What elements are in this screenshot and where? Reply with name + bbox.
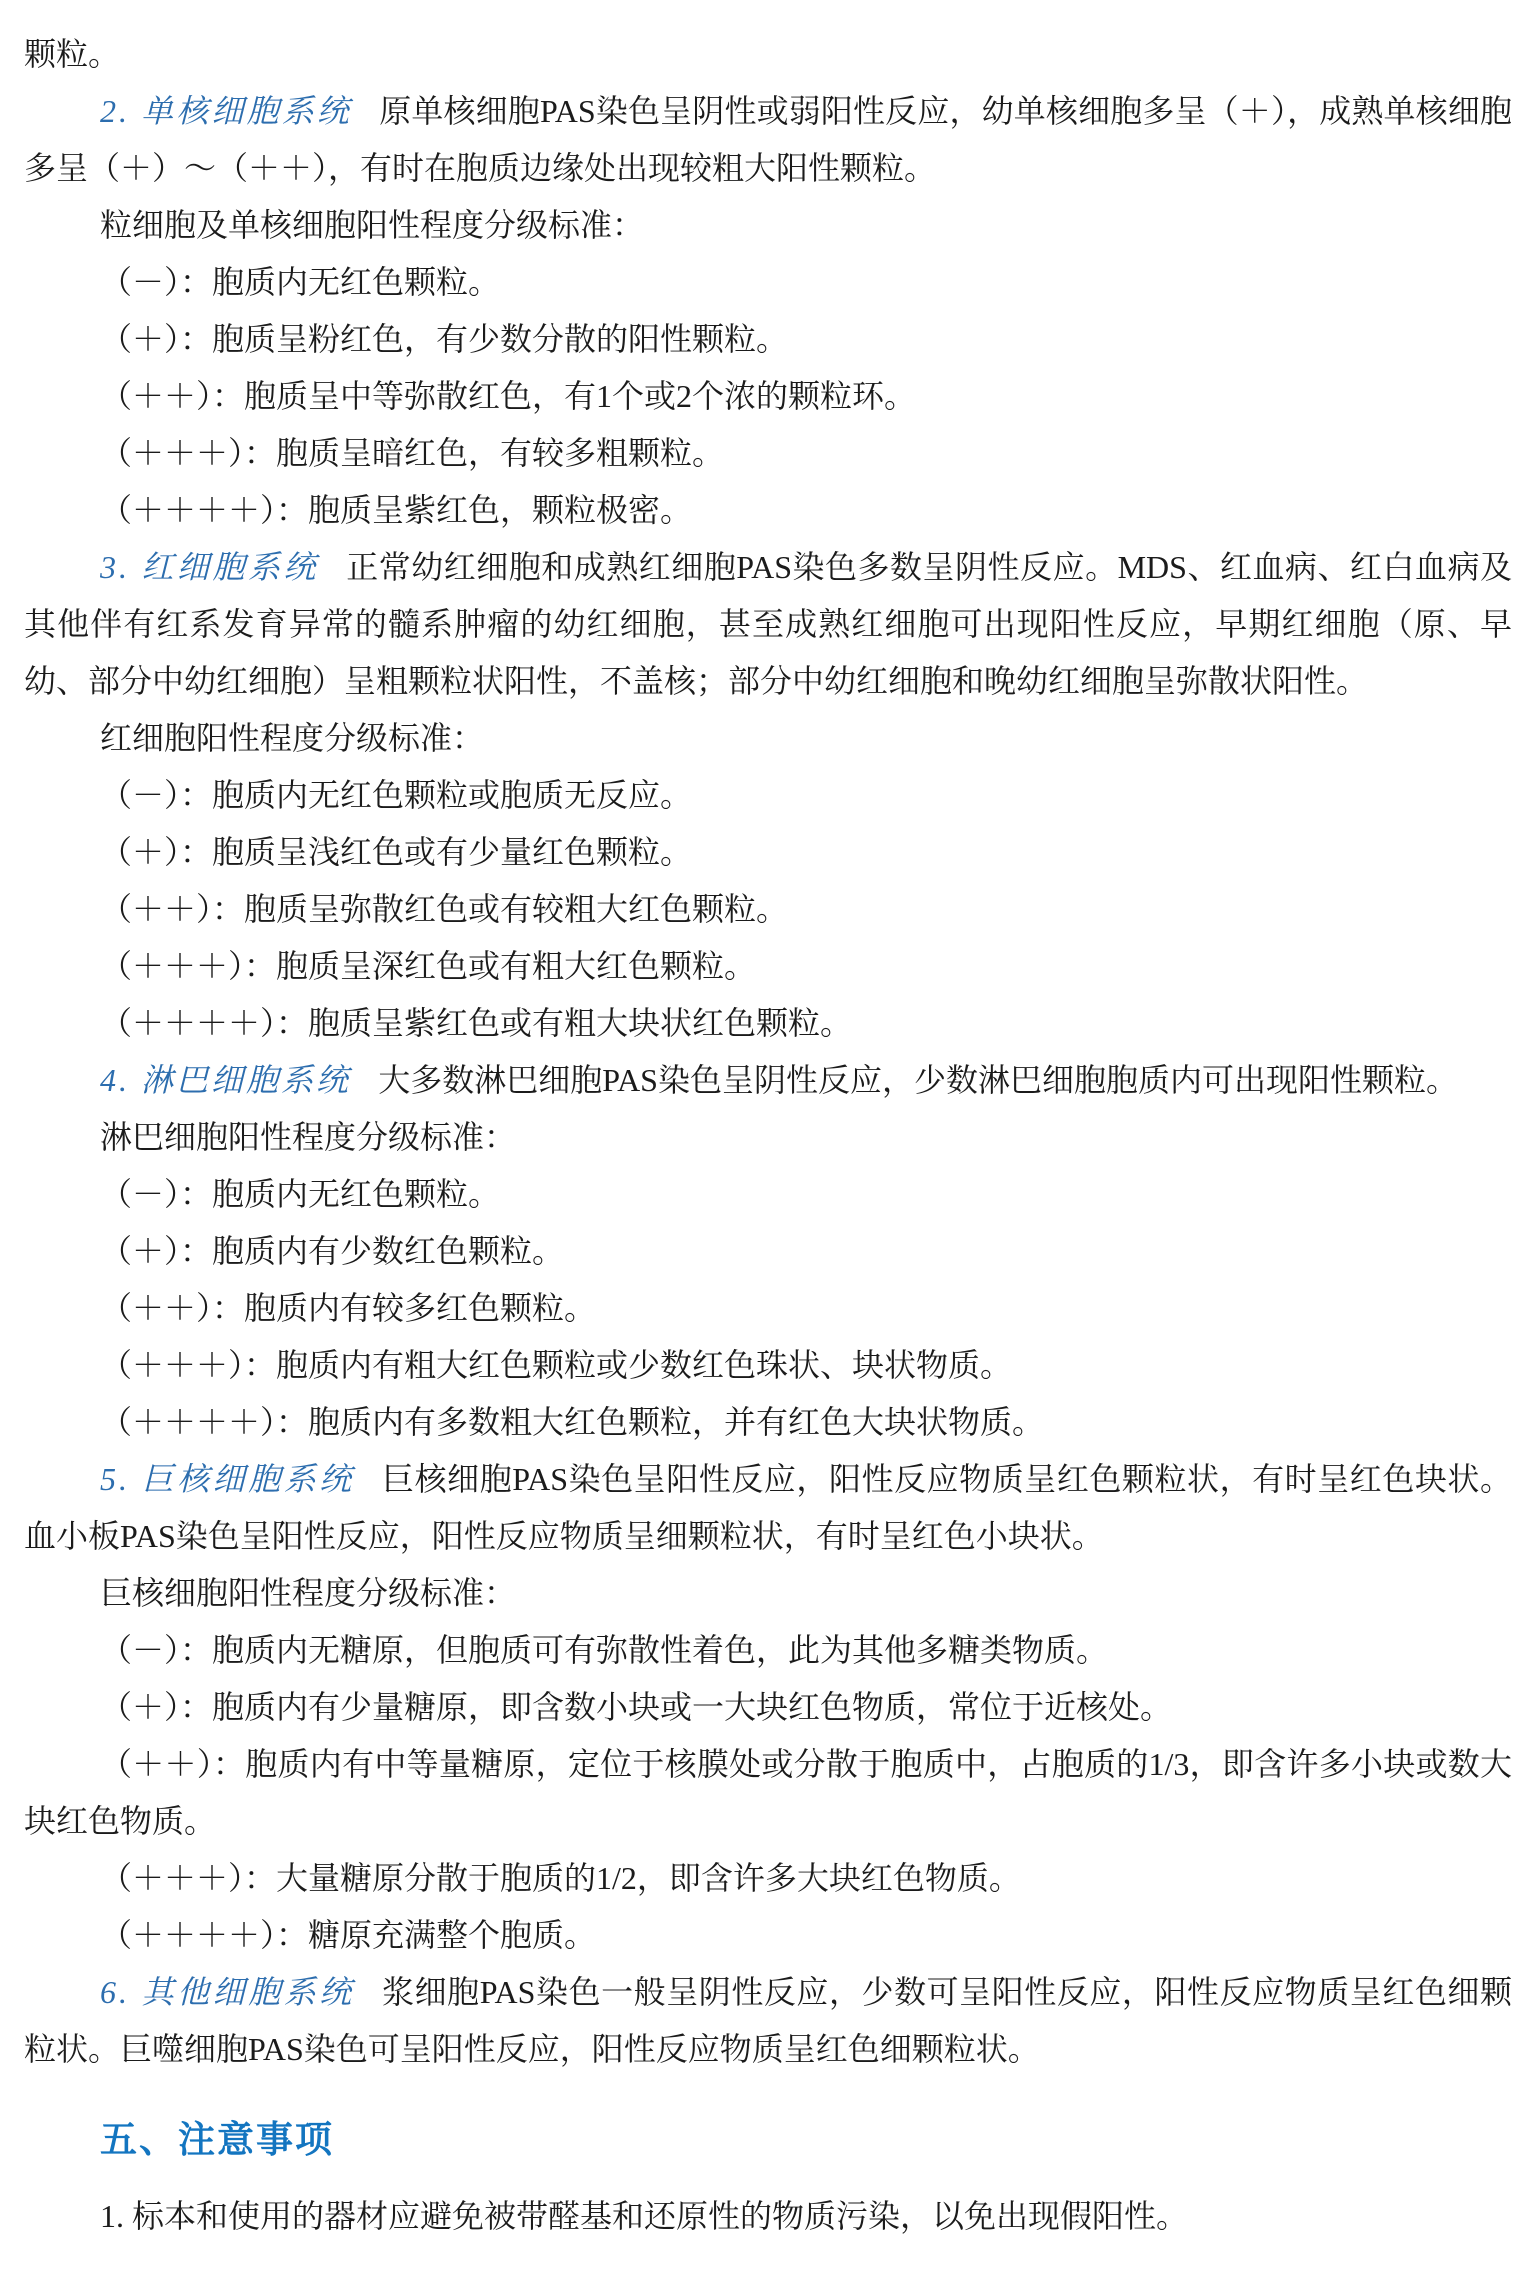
grading-line: （＋）：胞质呈浅红色或有少量红色颗粒。 bbox=[24, 824, 1512, 881]
paragraph-text: （＋＋）：胞质呈弥散红色或有较粗大红色颗粒。 bbox=[100, 891, 788, 927]
paragraph-text: 粒细胞及单核细胞阳性程度分级标准： bbox=[100, 207, 644, 243]
grading-standard-title: 红细胞阳性程度分级标准： bbox=[24, 710, 1512, 767]
grading-line: （＋＋＋）：大量糖原分散于胞质的1/2，即含许多大块红色物质。 bbox=[24, 1850, 1512, 1907]
item-heading: 5. 巨核细胞系统 bbox=[100, 1461, 355, 1497]
grading-line: （＋＋＋＋）：胞质内有多数粗大红色颗粒，并有红色大块状物质。 bbox=[24, 1394, 1512, 1451]
grading-line: （＋＋＋）：胞质呈暗红色，有较多粗颗粒。 bbox=[24, 425, 1512, 482]
paragraph-text: （－）：胞质内无红色颗粒。 bbox=[100, 1176, 500, 1212]
grading-line: （－）：胞质内无红色颗粒。 bbox=[24, 1166, 1512, 1223]
item-paragraph-erythrocyte: 3. 红细胞系统正常幼红细胞和成熟红细胞PAS染色多数呈阴性反应。MDS、红血病… bbox=[24, 539, 1512, 710]
grading-standard-title: 巨核细胞阳性程度分级标准： bbox=[24, 1565, 1512, 1622]
grading-line: （＋＋）：胞质呈弥散红色或有较粗大红色颗粒。 bbox=[24, 881, 1512, 938]
paragraph-text: 颗粒。 bbox=[24, 36, 120, 72]
paragraph-text: （＋＋＋＋）：胞质内有多数粗大红色颗粒，并有红色大块状物质。 bbox=[100, 1404, 1044, 1440]
item-heading: 2. 单核细胞系统 bbox=[100, 93, 352, 129]
paragraph-text: （－）：胞质内无红色颗粒或胞质无反应。 bbox=[100, 777, 692, 813]
grading-line: （＋＋）：胞质内有中等量糖原，定位于核膜处或分散于胞质中，占胞质的1/3，即含许… bbox=[24, 1736, 1512, 1850]
grading-line: （＋）：胞质呈粉红色，有少数分散的阳性颗粒。 bbox=[24, 311, 1512, 368]
paragraph-text: （＋＋）：胞质内有中等量糖原，定位于核膜处或分散于胞质中，占胞质的1/3，即含许… bbox=[24, 1746, 1512, 1839]
paragraph-fragment: 颗粒。 bbox=[24, 26, 1512, 83]
paragraph-text: （＋＋＋＋）：胞质呈紫红色或有粗大块状红色颗粒。 bbox=[100, 1005, 852, 1041]
paragraph-text: （－）：胞质内无糖原，但胞质可有弥散性着色，此为其他多糖类物质。 bbox=[100, 1632, 1108, 1668]
grading-line: （＋＋＋＋）：胞质呈紫红色或有粗大块状红色颗粒。 bbox=[24, 995, 1512, 1052]
paragraph-text: 淋巴细胞阳性程度分级标准： bbox=[100, 1119, 516, 1155]
grading-standard-title: 粒细胞及单核细胞阳性程度分级标准： bbox=[24, 197, 1512, 254]
paragraph-text: （＋）：胞质呈粉红色，有少数分散的阳性颗粒。 bbox=[100, 321, 788, 357]
grading-line: （＋＋＋＋）：胞质呈紫红色，颗粒极密。 bbox=[24, 482, 1512, 539]
paragraph-text: （＋＋）：胞质呈中等弥散红色，有1个或2个浓的颗粒环。 bbox=[100, 378, 916, 414]
item-heading: 4. 淋巴细胞系统 bbox=[100, 1062, 351, 1098]
item-paragraph-monocyte: 2. 单核细胞系统原单核细胞PAS染色呈阴性或弱阳性反应，幼单核细胞多呈（＋），… bbox=[24, 83, 1512, 197]
item-paragraph-megakaryocyte: 5. 巨核细胞系统巨核细胞PAS染色呈阳性反应，阳性反应物质呈红色颗粒状，有时呈… bbox=[24, 1451, 1512, 1565]
item-paragraph-other-cells: 6. 其他细胞系统浆细胞PAS染色一般呈阴性反应，少数可呈阳性反应，阳性反应物质… bbox=[24, 1964, 1512, 2078]
grading-standard-title: 淋巴细胞阳性程度分级标准： bbox=[24, 1109, 1512, 1166]
paragraph-text: （＋＋）：胞质内有较多红色颗粒。 bbox=[100, 1290, 596, 1326]
paragraph-text: （＋＋＋）：胞质呈暗红色，有较多粗颗粒。 bbox=[100, 435, 724, 471]
paragraph-text: 大多数淋巴细胞PAS染色呈阴性反应，少数淋巴细胞胞质内可出现阳性颗粒。 bbox=[378, 1062, 1458, 1098]
item-heading: 3. 红细胞系统 bbox=[100, 549, 319, 585]
paragraph-text: 红细胞阳性程度分级标准： bbox=[100, 720, 484, 756]
grading-line: （＋＋＋＋）：糖原充满整个胞质。 bbox=[24, 1907, 1512, 1964]
grading-line: （－）：胞质内无红色颗粒或胞质无反应。 bbox=[24, 767, 1512, 824]
paragraph-text: 1. 标本和使用的器材应避免被带醛基和还原性的物质污染，以免出现假阳性。 bbox=[100, 2198, 1188, 2234]
grading-line: （＋＋＋）：胞质内有粗大红色颗粒或少数红色珠状、块状物质。 bbox=[24, 1337, 1512, 1394]
paragraph-text: （＋＋＋）：大量糖原分散于胞质的1/2，即含许多大块红色物质。 bbox=[100, 1860, 1021, 1896]
grading-line: （－）：胞质内无糖原，但胞质可有弥散性着色，此为其他多糖类物质。 bbox=[24, 1622, 1512, 1679]
grading-line: （＋＋＋）：胞质呈深红色或有粗大红色颗粒。 bbox=[24, 938, 1512, 995]
paragraph-text: （＋＋＋＋）：胞质呈紫红色，颗粒极密。 bbox=[100, 492, 692, 528]
grading-line: （＋＋）：胞质呈中等弥散红色，有1个或2个浓的颗粒环。 bbox=[24, 368, 1512, 425]
note-paragraph: 1. 标本和使用的器材应避免被带醛基和还原性的物质污染，以免出现假阳性。 bbox=[24, 2188, 1512, 2245]
paragraph-text: （＋）：胞质内有少数红色颗粒。 bbox=[100, 1233, 564, 1269]
grading-line: （＋）：胞质内有少量糖原，即含数小块或一大块红色物质，常位于近核处。 bbox=[24, 1679, 1512, 1736]
paragraph-text: （＋＋＋＋）：糖原充满整个胞质。 bbox=[100, 1917, 596, 1953]
paragraph-text: （－）：胞质内无红色颗粒。 bbox=[100, 264, 500, 300]
item-heading: 6. 其他细胞系统 bbox=[100, 1974, 355, 2010]
grading-line: （－）：胞质内无红色颗粒。 bbox=[24, 254, 1512, 311]
item-paragraph-lymphocyte: 4. 淋巴细胞系统大多数淋巴细胞PAS染色呈阴性反应，少数淋巴细胞胞质内可出现阳… bbox=[24, 1052, 1512, 1109]
paragraph-text: （＋）：胞质呈浅红色或有少量红色颗粒。 bbox=[100, 834, 692, 870]
document-page: 颗粒。 2. 单核细胞系统原单核细胞PAS染色呈阴性或弱阳性反应，幼单核细胞多呈… bbox=[0, 0, 1536, 2285]
paragraph-text: （＋＋＋）：胞质内有粗大红色颗粒或少数红色珠状、块状物质。 bbox=[100, 1347, 1012, 1383]
paragraph-text: （＋）：胞质内有少量糖原，即含数小块或一大块红色物质，常位于近核处。 bbox=[100, 1689, 1172, 1725]
paragraph-text: （＋＋＋）：胞质呈深红色或有粗大红色颗粒。 bbox=[100, 948, 756, 984]
section-heading-precautions: 五、注意事项 bbox=[24, 2108, 1512, 2172]
paragraph-text: 巨核细胞阳性程度分级标准： bbox=[100, 1575, 516, 1611]
grading-line: （＋＋）：胞质内有较多红色颗粒。 bbox=[24, 1280, 1512, 1337]
grading-line: （＋）：胞质内有少数红色颗粒。 bbox=[24, 1223, 1512, 1280]
